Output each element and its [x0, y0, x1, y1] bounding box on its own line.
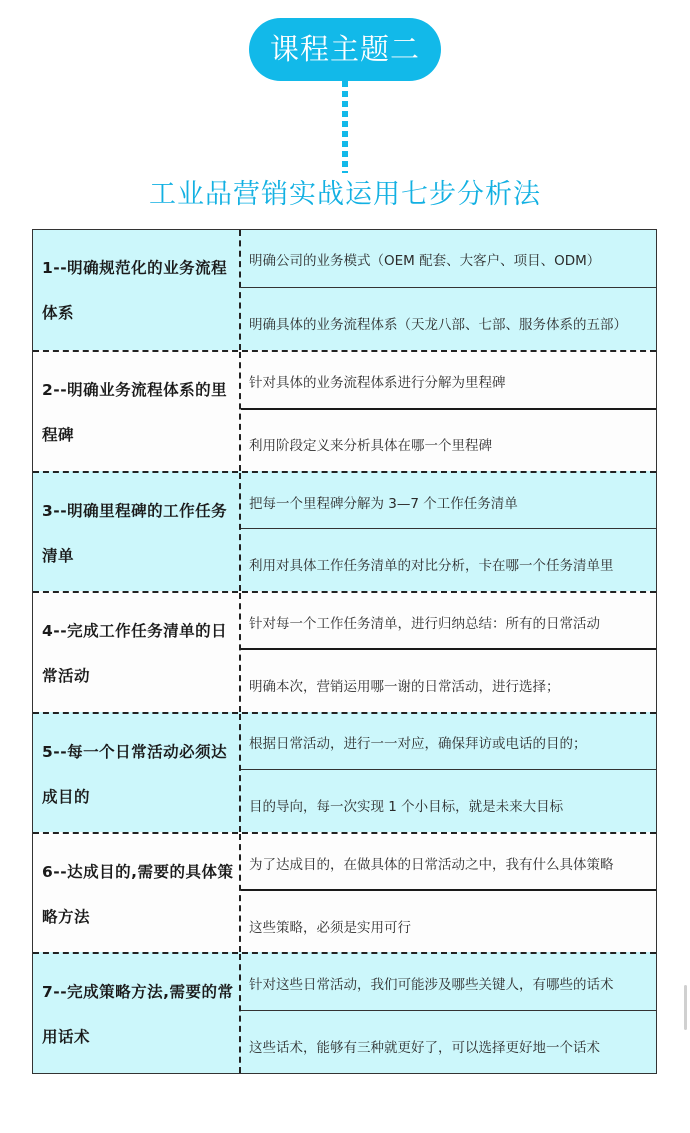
step-title: 1--明确规范化的业务流程体系 — [33, 230, 241, 350]
step-detail: 利用阶段定义来分析具体在哪一个里程碑 — [241, 408, 656, 471]
step-detail: 明确具体的业务流程体系（天龙八部、七部、服务体系的五部） — [241, 287, 656, 351]
step-detail: 根据日常活动，进行一一对应，确保拜访或电话的目的； — [241, 714, 656, 770]
step-row-5: 5--每一个日常活动必须达成目的 根据日常活动，进行一一对应，确保拜访或电话的目… — [33, 712, 656, 832]
step-detail: 明确公司的业务模式（OEM 配套、大客户、项目、ODM） — [241, 230, 656, 287]
step-title: 5--每一个日常活动必须达成目的 — [33, 714, 241, 832]
step-row-3: 3--明确里程碑的工作任务清单 把每一个里程碑分解为 3—7 个工作任务清单 利… — [33, 471, 656, 591]
step-title: 7--完成策略方法,需要的常用话术 — [33, 954, 241, 1072]
step-row-6: 6--达成目的,需要的具体策略方法 为了达成目的，在做具体的日常活动之中，我有什… — [33, 832, 656, 952]
step-detail: 为了达成目的，在做具体的日常活动之中，我有什么具体策略 — [241, 834, 656, 889]
step-details: 针对每一个工作任务清单，进行归纳总结：所有的日常活动 明确本次，营销运用哪一谢的… — [241, 593, 656, 711]
step-detail: 这些策略，必须是实用可行 — [241, 889, 656, 952]
page-subtitle: 工业品营销实战运用七步分析法 — [0, 175, 690, 215]
step-details: 针对具体的业务流程体系进行分解为里程碑 利用阶段定义来分析具体在哪一个里程碑 — [241, 352, 656, 470]
step-title: 2--明确业务流程体系的里程碑 — [33, 352, 241, 470]
step-detail: 针对每一个工作任务清单，进行归纳总结：所有的日常活动 — [241, 593, 656, 648]
step-title: 6--达成目的,需要的具体策略方法 — [33, 834, 241, 952]
step-row-4: 4--完成工作任务清单的日常活动 针对每一个工作任务清单，进行归纳总结：所有的日… — [33, 591, 656, 711]
step-detail: 针对具体的业务流程体系进行分解为里程碑 — [241, 352, 656, 407]
step-detail: 目的导向，每一次实现 1 个小目标，就是未来大目标 — [241, 769, 656, 832]
step-details: 为了达成目的，在做具体的日常活动之中，我有什么具体策略 这些策略，必须是实用可行 — [241, 834, 656, 952]
dotted-connector-line — [342, 81, 348, 173]
step-detail: 把每一个里程碑分解为 3—7 个工作任务清单 — [241, 473, 656, 529]
course-topic-badge: 课程主题二 — [249, 18, 441, 81]
step-title: 3--明确里程碑的工作任务清单 — [33, 473, 241, 591]
step-detail: 针对这些日常活动，我们可能涉及哪些关键人，有哪些的话术 — [241, 954, 656, 1010]
seven-step-table: 1--明确规范化的业务流程体系 明确公司的业务模式（OEM 配套、大客户、项目、… — [32, 229, 657, 1074]
step-row-2: 2--明确业务流程体系的里程碑 针对具体的业务流程体系进行分解为里程碑 利用阶段… — [33, 350, 656, 470]
step-row-7: 7--完成策略方法,需要的常用话术 针对这些日常活动，我们可能涉及哪些关键人，有… — [33, 952, 656, 1072]
step-details: 针对这些日常活动，我们可能涉及哪些关键人，有哪些的话术 这些话术，能够有三种就更… — [241, 954, 656, 1072]
step-title: 4--完成工作任务清单的日常活动 — [33, 593, 241, 711]
step-detail: 利用对具体工作任务清单的对比分析，卡在哪一个任务清单里 — [241, 528, 656, 591]
step-details: 根据日常活动，进行一一对应，确保拜访或电话的目的； 目的导向，每一次实现 1 个… — [241, 714, 656, 832]
step-details: 明确公司的业务模式（OEM 配套、大客户、项目、ODM） 明确具体的业务流程体系… — [241, 230, 656, 350]
step-row-1: 1--明确规范化的业务流程体系 明确公司的业务模式（OEM 配套、大客户、项目、… — [33, 230, 656, 350]
scrollbar-thumb[interactable] — [684, 985, 687, 1030]
step-details: 把每一个里程碑分解为 3—7 个工作任务清单 利用对具体工作任务清单的对比分析，… — [241, 473, 656, 591]
step-detail: 这些话术，能够有三种就更好了，可以选择更好地一个话术 — [241, 1010, 656, 1073]
step-detail: 明确本次，营销运用哪一谢的日常活动，进行选择； — [241, 648, 656, 711]
